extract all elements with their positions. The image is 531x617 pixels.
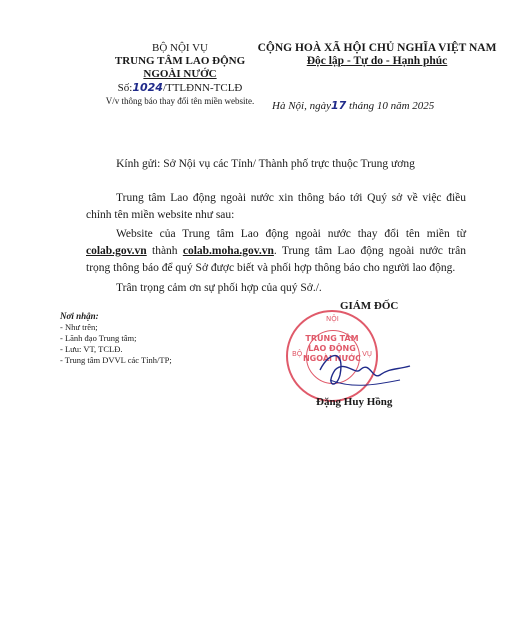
body-paragraph-1: Trung tâm Lao động ngoài nước xin thông …	[86, 190, 466, 224]
signer-name: Đặng Huy Hồng	[316, 396, 392, 408]
national-motto: Độc lập - Tự do - Hạnh phúc	[232, 55, 522, 68]
stamp-top-text: NỘI	[326, 315, 339, 323]
body-paragraph-2: Website của Trung tâm Lao động ngoài nướ…	[86, 226, 466, 277]
old-domain-link[interactable]: colab.gov.vn	[86, 245, 147, 257]
new-domain-link[interactable]: colab.moha.gov.vn	[183, 245, 274, 257]
signer-position: GIÁM ĐỐC	[340, 300, 398, 312]
recipients-list: Nơi nhận: - Như trên; - Lãnh đạo Trung t…	[60, 311, 280, 366]
recipient-item: - Lãnh đạo Trung tâm;	[60, 333, 280, 344]
recipient-item: - Như trên;	[60, 322, 280, 333]
document-number: Số:1024/TTLĐNN-TCLĐ	[85, 81, 275, 95]
recipients-title: Nơi nhận:	[60, 311, 280, 322]
handwritten-number: 1024	[132, 81, 163, 94]
handwritten-signature	[300, 340, 420, 400]
agency-name-line2: NGOÀI NƯỚC	[85, 68, 275, 81]
handwritten-day: 17	[331, 99, 346, 112]
country-name: CỘNG HOÀ XÃ HỘI CHỦ NGHĨA VIỆT NAM	[232, 42, 522, 55]
recipient-item: - Trung tâm DVVL các Tỉnh/TP;	[60, 355, 280, 366]
body-paragraph-3: Trân trọng cảm ơn sự phối hợp của quý Sở…	[116, 280, 322, 297]
document-subject: V/v thông báo thay đổi tên miền website.	[85, 95, 275, 108]
national-header: CỘNG HOÀ XÃ HỘI CHỦ NGHĨA VIỆT NAM Độc l…	[232, 42, 522, 68]
document-date: Hà Nội, ngày17 tháng 10 năm 2025	[272, 99, 434, 112]
recipient-item: - Lưu: VT, TCLĐ.	[60, 344, 280, 355]
greeting: Kính gửi: Sở Nội vụ các Tỉnh/ Thành phố …	[0, 158, 531, 170]
